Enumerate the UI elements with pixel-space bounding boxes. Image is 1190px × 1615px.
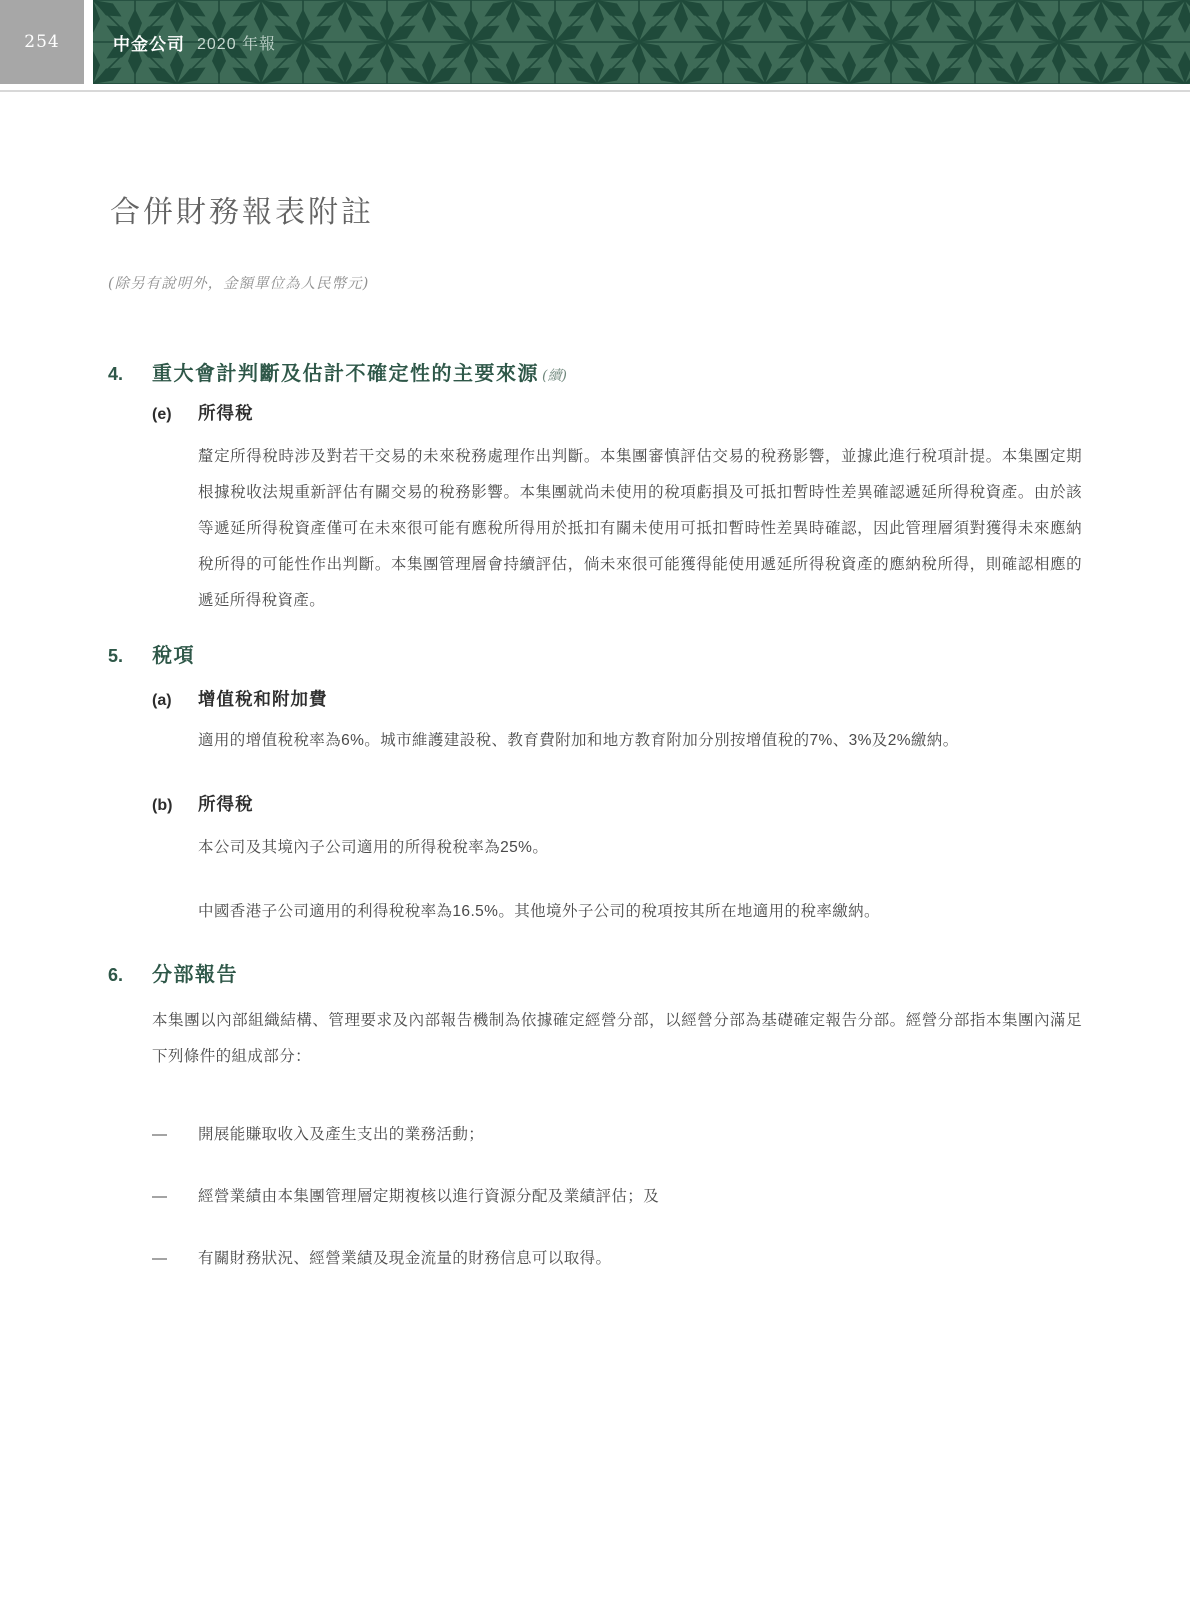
- section-6-number: 6.: [108, 965, 152, 986]
- section-6-bullet-3: — 有關財務狀況、經營業績及現金流量的財務信息可以取得。: [152, 1241, 1082, 1277]
- section-6-bullet-1: — 開展能賺取收入及產生支出的業務活動；: [152, 1117, 1082, 1153]
- header-banner: 中金公司 2020 年報: [93, 0, 1190, 84]
- subsection-5a-heading: (a) 增值稅和附加費: [152, 686, 1082, 711]
- subsection-5a-label: (a): [152, 692, 198, 710]
- content-area: 合併財務報表附註 (除另有說明外，金額單位為人民幣元) 4. 重大會計判斷及估計…: [0, 92, 1190, 1277]
- currency-note: (除另有說明外，金額單位為人民幣元): [108, 272, 1082, 293]
- section-6-intro-paragraph: 本集團以內部組織結構、管理要求及內部報告機制為依據確定經營分部，以經營分部為基礎…: [152, 1003, 1082, 1075]
- subsection-5a-paragraph: 適用的增值稅稅率為6%。城市維護建設稅、教育費附加和地方教育附加分別按增值稅的7…: [198, 723, 1082, 759]
- section-6-heading: 6. 分部報告: [108, 958, 1082, 987]
- report-year: 2020 年報: [197, 31, 276, 54]
- subsection-5b-paragraph-1: 本公司及其境內子公司適用的所得稅稅率為25%。: [198, 830, 1082, 866]
- section-5-title: 稅項: [152, 639, 195, 668]
- section-4-continued-mark: (續): [542, 365, 567, 385]
- bullet-dash-icon: —: [152, 1179, 198, 1215]
- banner-text: 中金公司 2020 年報: [113, 0, 276, 84]
- subsection-4e-heading: (e) 所得稅: [152, 400, 1082, 425]
- bullet-2-text: 經營業績由本集團管理層定期複核以進行資源分配及業績評估；及: [198, 1179, 659, 1215]
- subsection-4e-title: 所得稅: [198, 400, 254, 425]
- subsection-4e-paragraph: 釐定所得稅時涉及對若干交易的未來稅務處理作出判斷。本集團審慎評估交易的稅務影響，…: [198, 439, 1082, 619]
- section-4-number: 4.: [108, 364, 152, 385]
- section-5-heading: 5. 稅項: [108, 639, 1082, 668]
- report-page: 254: [0, 0, 1190, 1615]
- subsection-5b-heading: (b) 所得稅: [152, 791, 1082, 816]
- subsection-5b-paragraph-2: 中國香港子公司適用的利得稅稅率為16.5%。其他境外子公司的稅項按其所在地適用的…: [198, 894, 1082, 930]
- section-6-bullet-2: — 經營業績由本集團管理層定期複核以進行資源分配及業績評估；及: [152, 1179, 1082, 1215]
- page-number-box: 254: [0, 0, 84, 84]
- bullet-3-text: 有關財務狀況、經營業績及現金流量的財務信息可以取得。: [198, 1241, 611, 1277]
- section-5-number: 5.: [108, 646, 152, 667]
- subsection-4e-label: (e): [152, 406, 198, 424]
- company-name: 中金公司: [113, 30, 185, 55]
- subsection-5a-title: 增值稅和附加費: [198, 686, 328, 711]
- bullet-dash-icon: —: [152, 1117, 198, 1153]
- page-number: 254: [24, 32, 59, 52]
- section-4-heading: 4. 重大會計判斷及估計不確定性的主要來源 (續): [108, 357, 1082, 386]
- bullet-1-text: 開展能賺取收入及產生支出的業務活動；: [198, 1117, 484, 1153]
- subsection-5b-label: (b): [152, 797, 198, 815]
- subsection-5b-title: 所得稅: [198, 791, 254, 816]
- section-4-title: 重大會計判斷及估計不確定性的主要來源: [152, 357, 539, 386]
- bullet-dash-icon: —: [152, 1241, 198, 1277]
- section-6-title: 分部報告: [152, 958, 238, 987]
- page-title: 合併財務報表附註: [110, 194, 1082, 232]
